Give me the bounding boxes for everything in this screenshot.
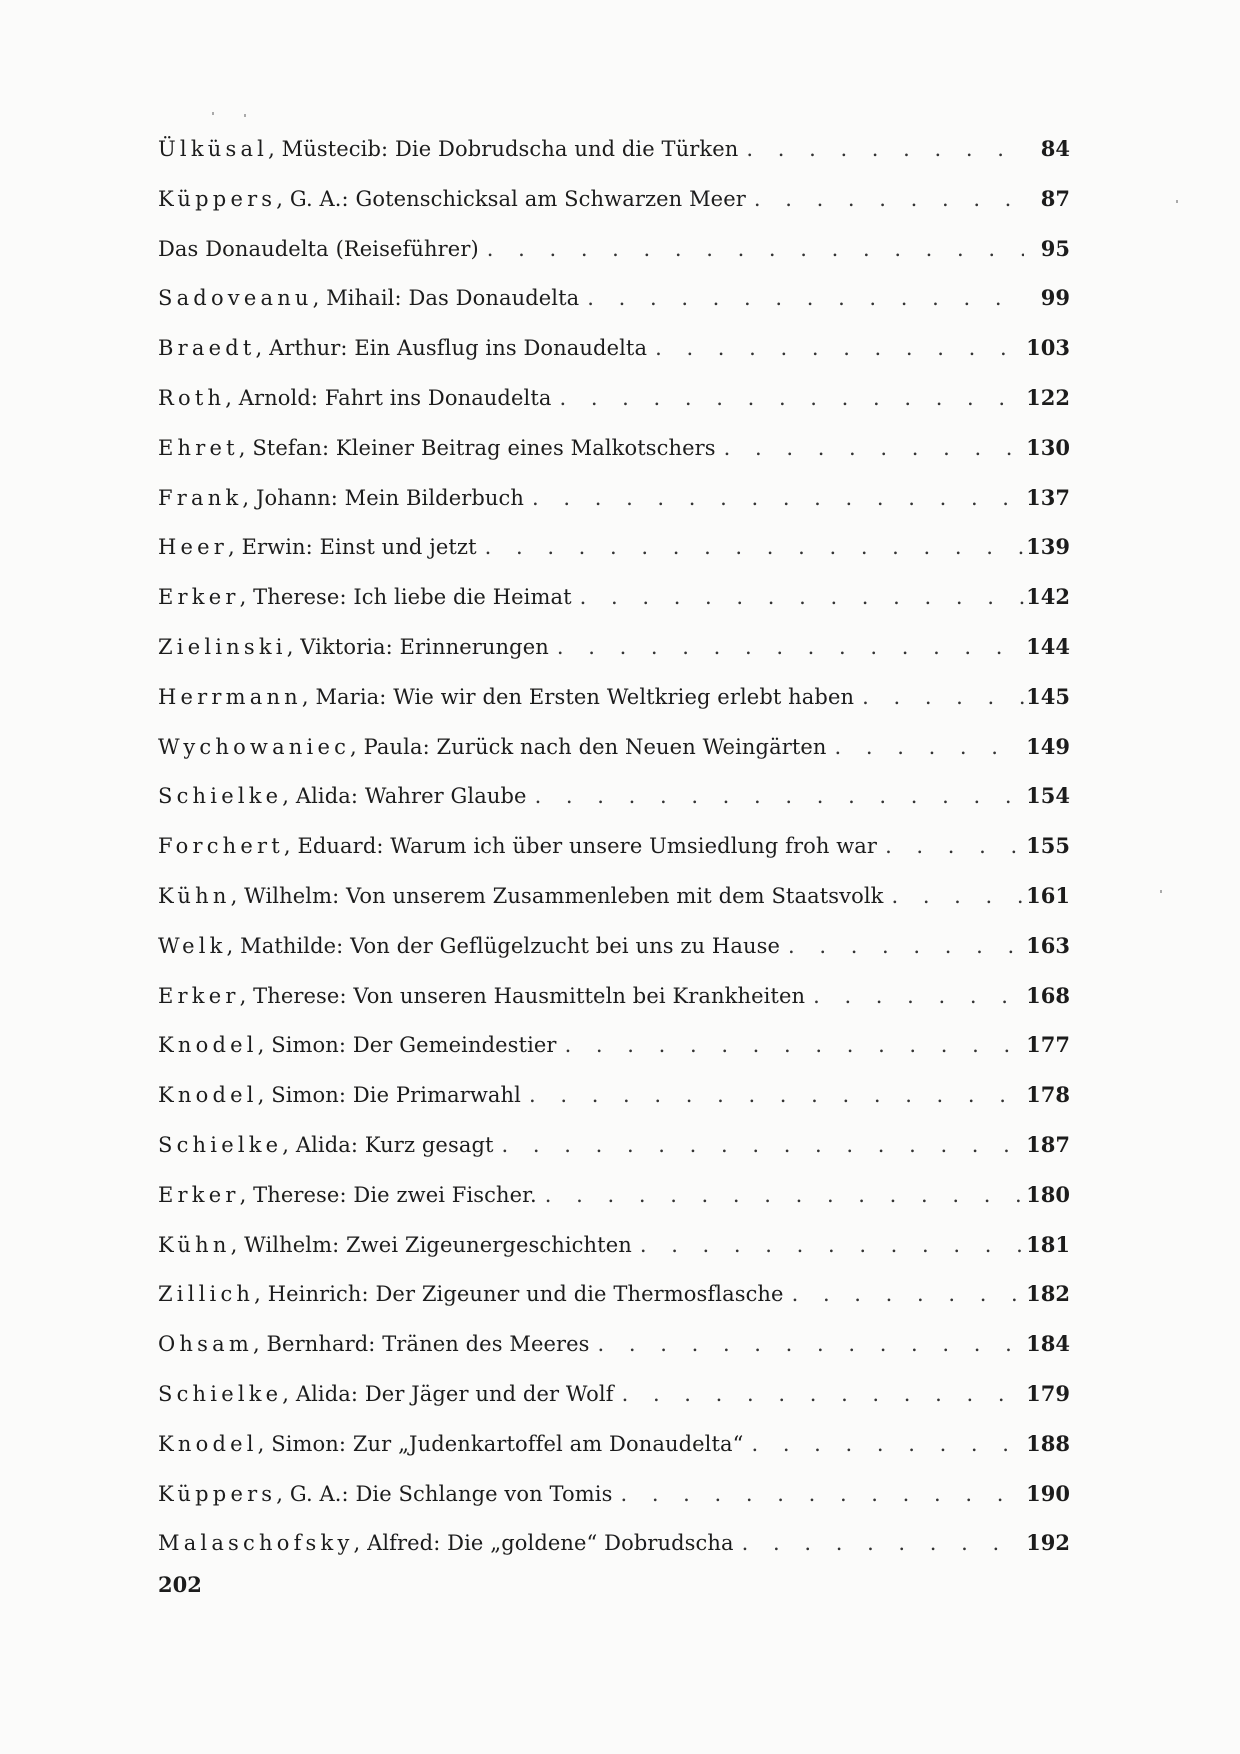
- toc-entry: Malaschofsky, Alfred: Die „goldene“ Dobr…: [158, 1530, 1070, 1580]
- entry-page-number: 168: [1024, 983, 1070, 1008]
- toc-entry: Küppers, G. A.: Die Schlange von Tomis19…: [158, 1481, 1070, 1531]
- dot-leader: [784, 1282, 1024, 1306]
- dot-leader: [521, 1083, 1024, 1107]
- entry-page-number: 145: [1024, 684, 1070, 709]
- entry-page-number: 177: [1024, 1032, 1070, 1057]
- entry-title: Das Donaudelta (Reiseführer): [158, 237, 479, 261]
- toc-entry: Roth, Arnold: Fahrt ins Donaudelta122: [158, 385, 1070, 435]
- toc-entry: Erker, Therese: Die zwei Fischer.180: [158, 1182, 1070, 1232]
- entry-author: Erker: [158, 984, 240, 1008]
- dot-leader: [479, 237, 1024, 261]
- entry-title: , Erwin: Einst und jetzt: [228, 535, 477, 559]
- entry-author: Schielke: [158, 1133, 282, 1157]
- entry-author: Malaschofsky: [158, 1531, 354, 1555]
- entry-author: Braedt: [158, 336, 256, 360]
- dot-leader: [572, 585, 1024, 609]
- entry-author: Sadoveanu: [158, 286, 313, 310]
- toc-entry: Schielke, Alida: Kurz gesagt187: [158, 1132, 1070, 1182]
- scan-speck: [212, 112, 214, 115]
- entry-title: , Johann: Mein Bilderbuch: [242, 486, 524, 510]
- entry-author: Zillich: [158, 1282, 254, 1306]
- entry-author: Welk: [158, 934, 227, 958]
- entry-author: Heer: [158, 535, 228, 559]
- dot-leader: [738, 137, 1024, 161]
- entry-author: Schielke: [158, 1382, 282, 1406]
- dot-leader: [524, 486, 1024, 510]
- toc-entry: Kühn, Wilhelm: Von unserem Zusammenleben…: [158, 883, 1070, 933]
- toc-entry: Küppers, G. A.: Gotenschicksal am Schwar…: [158, 186, 1070, 236]
- toc-entry: Knodel, Simon: Der Gemeindestier177: [158, 1032, 1070, 1082]
- entry-page-number: 130: [1024, 435, 1070, 460]
- entry-title: , Therese: Die zwei Fischer.: [240, 1183, 537, 1207]
- entry-page-number: 155: [1024, 833, 1070, 858]
- entry-author: Roth: [158, 386, 225, 410]
- entry-title: , Arthur: Ein Ausflug ins Donaudelta: [256, 336, 648, 360]
- entry-author: Erker: [158, 1183, 240, 1207]
- dot-leader: [549, 635, 1024, 659]
- toc-entry: Wychowaniec, Paula: Zurück nach den Neue…: [158, 734, 1070, 784]
- entry-title: , Heinrich: Der Zigeuner und die Thermos…: [254, 1282, 783, 1306]
- entry-page-number: 182: [1024, 1281, 1070, 1306]
- entry-author: Wychowaniec: [158, 735, 350, 759]
- entry-page-number: 99: [1024, 285, 1070, 310]
- dot-leader: [579, 286, 1024, 310]
- entry-author: Ülküsal: [158, 137, 268, 161]
- dot-leader: [477, 535, 1024, 559]
- toc-entry: Ohsam, Bernhard: Tränen des Meeres184: [158, 1331, 1070, 1381]
- toc-entry: Braedt, Arthur: Ein Ausflug ins Donaudel…: [158, 335, 1070, 385]
- scan-speck: [1160, 890, 1162, 893]
- entry-page-number: 181: [1024, 1232, 1070, 1257]
- toc-entry: Ehret, Stefan: Kleiner Beitrag eines Mal…: [158, 435, 1070, 485]
- entry-page-number: 188: [1024, 1431, 1070, 1456]
- entry-title: , G. A.: Die Schlange von Tomis: [276, 1482, 612, 1506]
- toc-entry: Kühn, Wilhelm: Zwei Zigeunergeschichten1…: [158, 1232, 1070, 1282]
- entry-title: , Therese: Ich liebe die Heimat: [240, 585, 572, 609]
- entry-page-number: 142: [1024, 584, 1070, 609]
- entry-title: , Viktoria: Erinnerungen: [287, 635, 549, 659]
- entry-title: , Simon: Die Primarwahl: [258, 1083, 521, 1107]
- dot-leader: [877, 834, 1024, 858]
- toc-entry: Knodel, Simon: Die Primarwahl178: [158, 1082, 1070, 1132]
- entry-title: , Bernhard: Tränen des Meeres: [253, 1332, 590, 1356]
- toc-entry: Schielke, Alida: Wahrer Glaube154: [158, 783, 1070, 833]
- entry-title: , Therese: Von unseren Hausmitteln bei K…: [240, 984, 806, 1008]
- toc-entry: Welk, Mathilde: Von der Geflügelzucht be…: [158, 933, 1070, 983]
- entry-title: , Simon: Zur „Judenkartoffel am Donaudel…: [258, 1432, 744, 1456]
- entry-author: Schielke: [158, 784, 282, 808]
- entry-author: Kühn: [158, 884, 231, 908]
- toc-entry: Schielke, Alida: Der Jäger und der Wolf1…: [158, 1381, 1070, 1431]
- entry-title: , Alida: Der Jäger und der Wolf: [282, 1382, 613, 1406]
- entry-page-number: 84: [1024, 136, 1070, 161]
- entry-page-number: 149: [1024, 734, 1070, 759]
- entry-page-number: 122: [1024, 385, 1070, 410]
- toc-entry: Erker, Therese: Ich liebe die Heimat142: [158, 584, 1070, 634]
- entry-page-number: 95: [1024, 236, 1070, 261]
- entry-title: , Eduard: Warum ich über unsere Umsiedlu…: [284, 834, 877, 858]
- entry-author: Knodel: [158, 1083, 258, 1107]
- entry-title: , Mihail: Das Donaudelta: [313, 286, 580, 310]
- page-number: 202: [158, 1572, 202, 1597]
- entry-title: , Alfred: Die „goldene“ Dobrudscha: [354, 1531, 734, 1555]
- entry-author: Erker: [158, 585, 240, 609]
- toc-entry: Zielinski, Viktoria: Erinnerungen144: [158, 634, 1070, 684]
- entry-page-number: 184: [1024, 1331, 1070, 1356]
- dot-leader: [590, 1332, 1024, 1356]
- entry-title: , Simon: Der Gemeindestier: [258, 1033, 557, 1057]
- dot-leader: [734, 1531, 1024, 1555]
- table-of-contents: Ülküsal, Müstecib: Die Dobrudscha und di…: [158, 136, 1070, 1580]
- entry-author: Frank: [158, 486, 242, 510]
- entry-page-number: 192: [1024, 1530, 1070, 1555]
- toc-entry: Ülküsal, Müstecib: Die Dobrudscha und di…: [158, 136, 1070, 186]
- entry-title: , Müstecib: Die Dobrudscha und die Türke…: [268, 137, 738, 161]
- toc-entry: Das Donaudelta (Reiseführer)95: [158, 236, 1070, 286]
- dot-leader: [827, 735, 1024, 759]
- entry-page-number: 163: [1024, 933, 1070, 958]
- entry-author: Forchert: [158, 834, 284, 858]
- entry-author: Knodel: [158, 1432, 258, 1456]
- dot-leader: [647, 336, 1024, 360]
- scan-speck: [1176, 200, 1178, 203]
- entry-author: Ohsam: [158, 1332, 253, 1356]
- dot-leader: [883, 884, 1024, 908]
- dot-leader: [743, 1432, 1024, 1456]
- entry-page-number: 178: [1024, 1082, 1070, 1107]
- dot-leader: [780, 934, 1024, 958]
- entry-page-number: 190: [1024, 1481, 1070, 1506]
- dot-leader: [494, 1133, 1024, 1157]
- entry-title: , Alida: Wahrer Glaube: [282, 784, 526, 808]
- entry-page-number: 154: [1024, 783, 1070, 808]
- entry-page-number: 144: [1024, 634, 1070, 659]
- entry-author: Knodel: [158, 1033, 258, 1057]
- entry-author: Kühn: [158, 1233, 231, 1257]
- toc-entry: Sadoveanu, Mihail: Das Donaudelta99: [158, 285, 1070, 335]
- entry-page-number: 161: [1024, 883, 1070, 908]
- toc-entry: Herrmann, Maria: Wie wir den Ersten Welt…: [158, 684, 1070, 734]
- dot-leader: [551, 386, 1024, 410]
- entry-title: , Wilhelm: Von unserem Zusammenleben mit…: [231, 884, 884, 908]
- entry-author: Zielinski: [158, 635, 287, 659]
- dot-leader: [716, 436, 1024, 460]
- entry-page-number: 137: [1024, 485, 1070, 510]
- scan-speck: [244, 114, 246, 117]
- dot-leader: [746, 187, 1024, 211]
- dot-leader: [612, 1482, 1024, 1506]
- entry-title: , Arnold: Fahrt ins Donaudelta: [225, 386, 551, 410]
- entry-author: Ehret: [158, 436, 239, 460]
- dot-leader: [557, 1033, 1024, 1057]
- entry-author: Küppers: [158, 187, 276, 211]
- entry-page-number: 103: [1024, 335, 1070, 360]
- entry-page-number: 179: [1024, 1381, 1070, 1406]
- entry-title: , Paula: Zurück nach den Neuen Weingärte…: [350, 735, 826, 759]
- entry-title: , Alida: Kurz gesagt: [282, 1133, 493, 1157]
- dot-leader: [537, 1183, 1024, 1207]
- toc-entry: Frank, Johann: Mein Bilderbuch137: [158, 485, 1070, 535]
- entry-page-number: 180: [1024, 1182, 1070, 1207]
- toc-entry: Forchert, Eduard: Warum ich über unsere …: [158, 833, 1070, 883]
- entry-author: Herrmann: [158, 685, 302, 709]
- toc-entry: Erker, Therese: Von unseren Hausmitteln …: [158, 983, 1070, 1033]
- dot-leader: [805, 984, 1024, 1008]
- dot-leader: [614, 1382, 1024, 1406]
- toc-entry: Heer, Erwin: Einst und jetzt139: [158, 534, 1070, 584]
- entry-author: Küppers: [158, 1482, 276, 1506]
- entry-page-number: 139: [1024, 534, 1070, 559]
- dot-leader: [527, 784, 1024, 808]
- entry-title: , G. A.: Gotenschicksal am Schwarzen Mee…: [276, 187, 746, 211]
- dot-leader: [854, 685, 1024, 709]
- entry-title: , Stefan: Kleiner Beitrag eines Malkotsc…: [239, 436, 716, 460]
- entry-page-number: 187: [1024, 1132, 1070, 1157]
- entry-title: , Wilhelm: Zwei Zigeunergeschichten: [231, 1233, 632, 1257]
- dot-leader: [632, 1233, 1024, 1257]
- entry-page-number: 87: [1024, 186, 1070, 211]
- entry-title: , Maria: Wie wir den Ersten Weltkrieg er…: [302, 685, 854, 709]
- entry-title: , Mathilde: Von der Geflügelzucht bei un…: [227, 934, 780, 958]
- toc-entry: Knodel, Simon: Zur „Judenkartoffel am Do…: [158, 1431, 1070, 1481]
- toc-entry: Zillich, Heinrich: Der Zigeuner und die …: [158, 1281, 1070, 1331]
